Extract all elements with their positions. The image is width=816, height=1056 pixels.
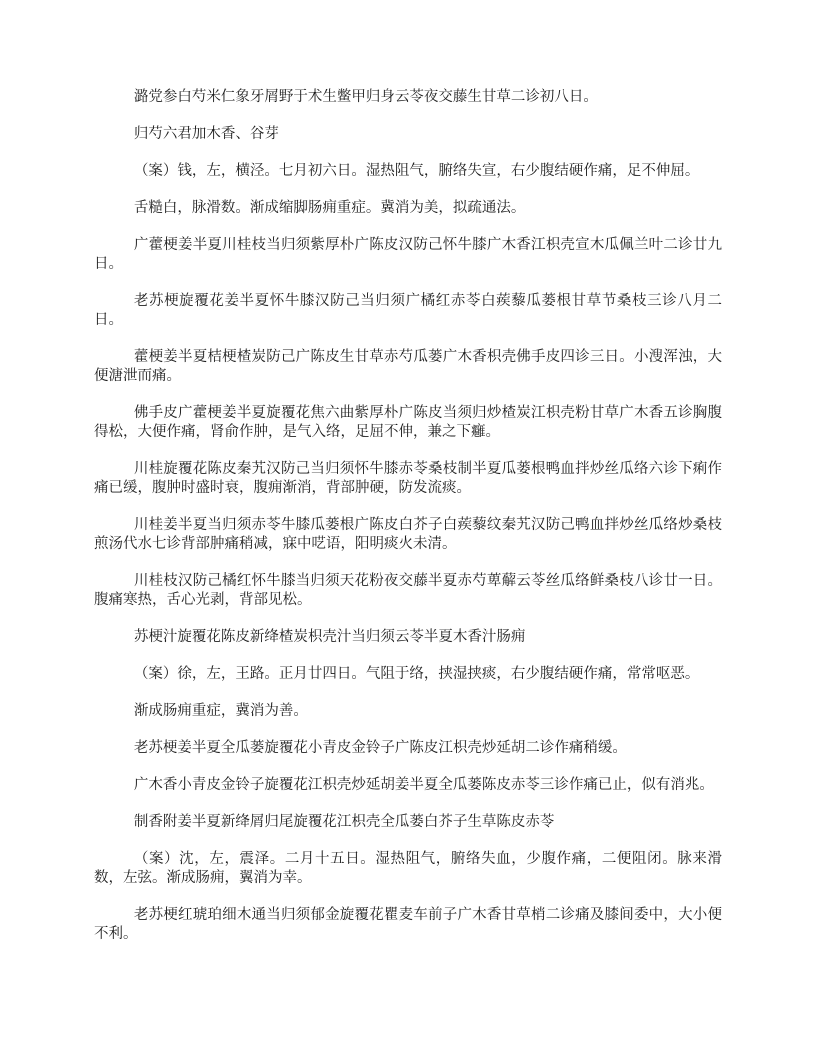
prescription-paragraph: 广藿梗姜半夏川桂枝当归须紫厚朴广陈皮汉防己怀牛膝广木香江枳壳宣木瓜佩兰叶二诊廿九… <box>94 236 722 274</box>
prescription-paragraph: 广木香小青皮金铃子旋覆花江枳壳炒延胡姜半夏全瓜蒌陈皮赤苓三诊作痛已止，似有消兆。 <box>94 776 722 795</box>
case-record-paragraph: （案）沈，左，震泽。二月十五日。湿热阻气，腑络失血，少腹作痛，二便阻闭。脉来滑数… <box>94 850 722 888</box>
prescription-paragraph: 川桂枝汉防己橘红怀牛膝当归须天花粉夜交藤半夏赤芍萆薢云苓丝瓜络鲜桑枝八诊廿一日。… <box>94 572 722 610</box>
prescription-paragraph: 川桂姜半夏当归须赤苓牛膝瓜蒌根广陈皮白芥子白蒺藜纹秦艽汉防己鸭血拌炒丝瓜络炒桑枝… <box>94 516 722 554</box>
prescription-paragraph: 老苏梗红琥珀细木通当归须郁金旋覆花瞿麦车前子广木香甘草梢二诊痛及膝间委中，大小便… <box>94 906 722 944</box>
case-record-paragraph: （案）徐，左，王路。正月廿四日。气阻于络，挟湿挟痰，右少腹结硬作痛，常常呕恶。 <box>94 665 722 684</box>
case-record-paragraph: （案）钱，左，横泾。七月初六日。湿热阻气，腑络失宣，右少腹结硬作痛，足不伸屈。 <box>94 162 722 181</box>
prescription-paragraph: 归芍六君加木香、谷芽 <box>94 125 722 144</box>
prescription-paragraph: 藿梗姜半夏桔梗楂炭防己广陈皮生甘草赤芍瓜蒌广木香枳壳佛手皮四诊三日。小溲浑浊，大… <box>94 348 722 386</box>
case-record-paragraph: 舌糙白，脉滑数。渐成缩脚肠痈重症。冀消为美，拟疏通法。 <box>94 199 722 218</box>
prescription-paragraph: 佛手皮广藿梗姜半夏旋覆花焦六曲紫厚朴广陈皮当须归炒楂炭江枳壳粉甘草广木香五诊胸腹… <box>94 404 722 442</box>
prescription-paragraph: 苏梗汁旋覆花陈皮新绛楂炭枳壳汁当归须云苓半夏木香汁肠痈 <box>94 628 722 647</box>
document-page-background: { "document": { "background_color": "#ff… <box>0 0 816 1056</box>
prescription-paragraph: 老苏梗旋覆花姜半夏怀牛膝汉防己当归须广橘红赤苓白蒺藜瓜蒌根甘草节桑枝三诊八月二日… <box>94 292 722 330</box>
case-record-paragraph: 渐成肠痈重症，冀消为善。 <box>94 702 722 721</box>
prescription-paragraph: 潞党参白芍米仁象牙屑野于术生鳖甲归身云苓夜交藤生甘草二诊初八日。 <box>94 88 722 107</box>
prescription-paragraph: 制香附姜半夏新绛屑归尾旋覆花江枳壳全瓜蒌白芥子生草陈皮赤苓 <box>94 813 722 832</box>
prescription-paragraph: 老苏梗姜半夏全瓜蒌旋覆花小青皮金铃子广陈皮江枳壳炒延胡二诊作痛稍缓。 <box>94 739 722 758</box>
prescription-paragraph: 川桂旋覆花陈皮秦艽汉防己当归须怀牛膝赤苓桑枝制半夏瓜蒌根鸭血拌炒丝瓜络六诊下痢作… <box>94 460 722 498</box>
document-page: 潞党参白芍米仁象牙屑野于术生鳖甲归身云苓夜交藤生甘草二诊初八日。 归芍六君加木香… <box>0 0 816 1056</box>
